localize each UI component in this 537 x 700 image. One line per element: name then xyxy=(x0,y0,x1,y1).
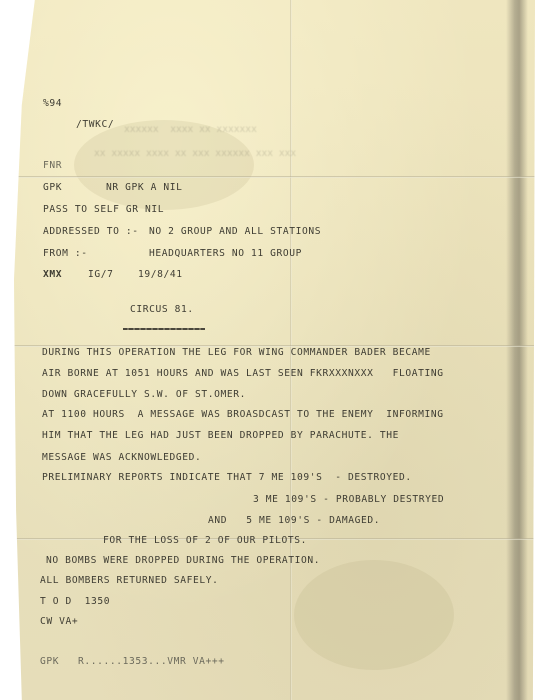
from-label: FROM :- xyxy=(43,249,88,259)
body-line: FOR THE LOSS OF 2 OF OUR PILOTS. xyxy=(103,536,307,546)
body-line: PRELIMINARY REPORTS INDICATE THAT 7 ME 1… xyxy=(42,473,412,483)
gpk-line: NR GPK A NIL xyxy=(106,183,183,193)
body-line: NO BOMBS WERE DROPPED DURING THE OPERATI… xyxy=(46,556,320,566)
addressed-to-value: NO 2 GROUP AND ALL STATIONS xyxy=(149,227,321,237)
routing-code: /TWKC/ xyxy=(76,120,114,130)
pass-line: PASS TO SELF GR NIL xyxy=(43,205,164,215)
horizontal-fold xyxy=(14,176,535,178)
bleed-through-text: xxxxxx xxxx xx xxxxxxx xyxy=(124,124,257,135)
body-line: DURING THIS OPERATION THE LEG FOR WING C… xyxy=(42,348,431,358)
fnr-code: FNR xyxy=(43,161,62,171)
body-line: AT 1100 HOURS A MESSAGE WAS BROASDCAST T… xyxy=(42,410,444,420)
body-line: MESSAGE WAS ACKNOWLEDGED. xyxy=(42,453,201,463)
ref-code: XMX xyxy=(43,270,62,280)
bleed-through-text: xx xxxxx xxxx xx xxx xxxxxx xxx xxx xyxy=(94,148,296,159)
receipt-prefix: GPK xyxy=(40,657,59,667)
body-line: 3 ME 109'S - PROBABLY DESTRYED xyxy=(253,495,444,505)
addressed-to-label: ADDRESSED TO :- xyxy=(43,227,139,237)
from-value: HEADQUARTERS NO 11 GROUP xyxy=(149,249,302,259)
cw-line: CW VA+ xyxy=(40,617,78,627)
scan-edge-shadow xyxy=(506,0,528,700)
body-line: AND 5 ME 109'S - DAMAGED. xyxy=(208,516,380,526)
paper-stain xyxy=(294,560,454,670)
message-ref: %94 xyxy=(43,99,62,109)
body-line: DOWN GRACEFULLY S.W. OF ST.OMER. xyxy=(42,390,246,400)
title-underline xyxy=(123,328,205,330)
gpk-prefix: GPK xyxy=(43,183,62,193)
body-line: ALL BOMBERS RETURNED SAFELY. xyxy=(40,576,219,586)
message-date: 19/8/41 xyxy=(138,270,183,280)
receipt-line: R......1353...VMR VA+++ xyxy=(78,657,225,667)
ref-number: IG/7 xyxy=(88,270,114,280)
body-line: HIM THAT THE LEG HAD JUST BEEN DROPPED B… xyxy=(42,431,399,441)
time-of-dispatch: T O D 1350 xyxy=(40,597,110,607)
message-title: CIRCUS 81. xyxy=(130,305,194,315)
body-line: AIR BORNE AT 1051 HOURS AND WAS LAST SEE… xyxy=(42,369,444,379)
